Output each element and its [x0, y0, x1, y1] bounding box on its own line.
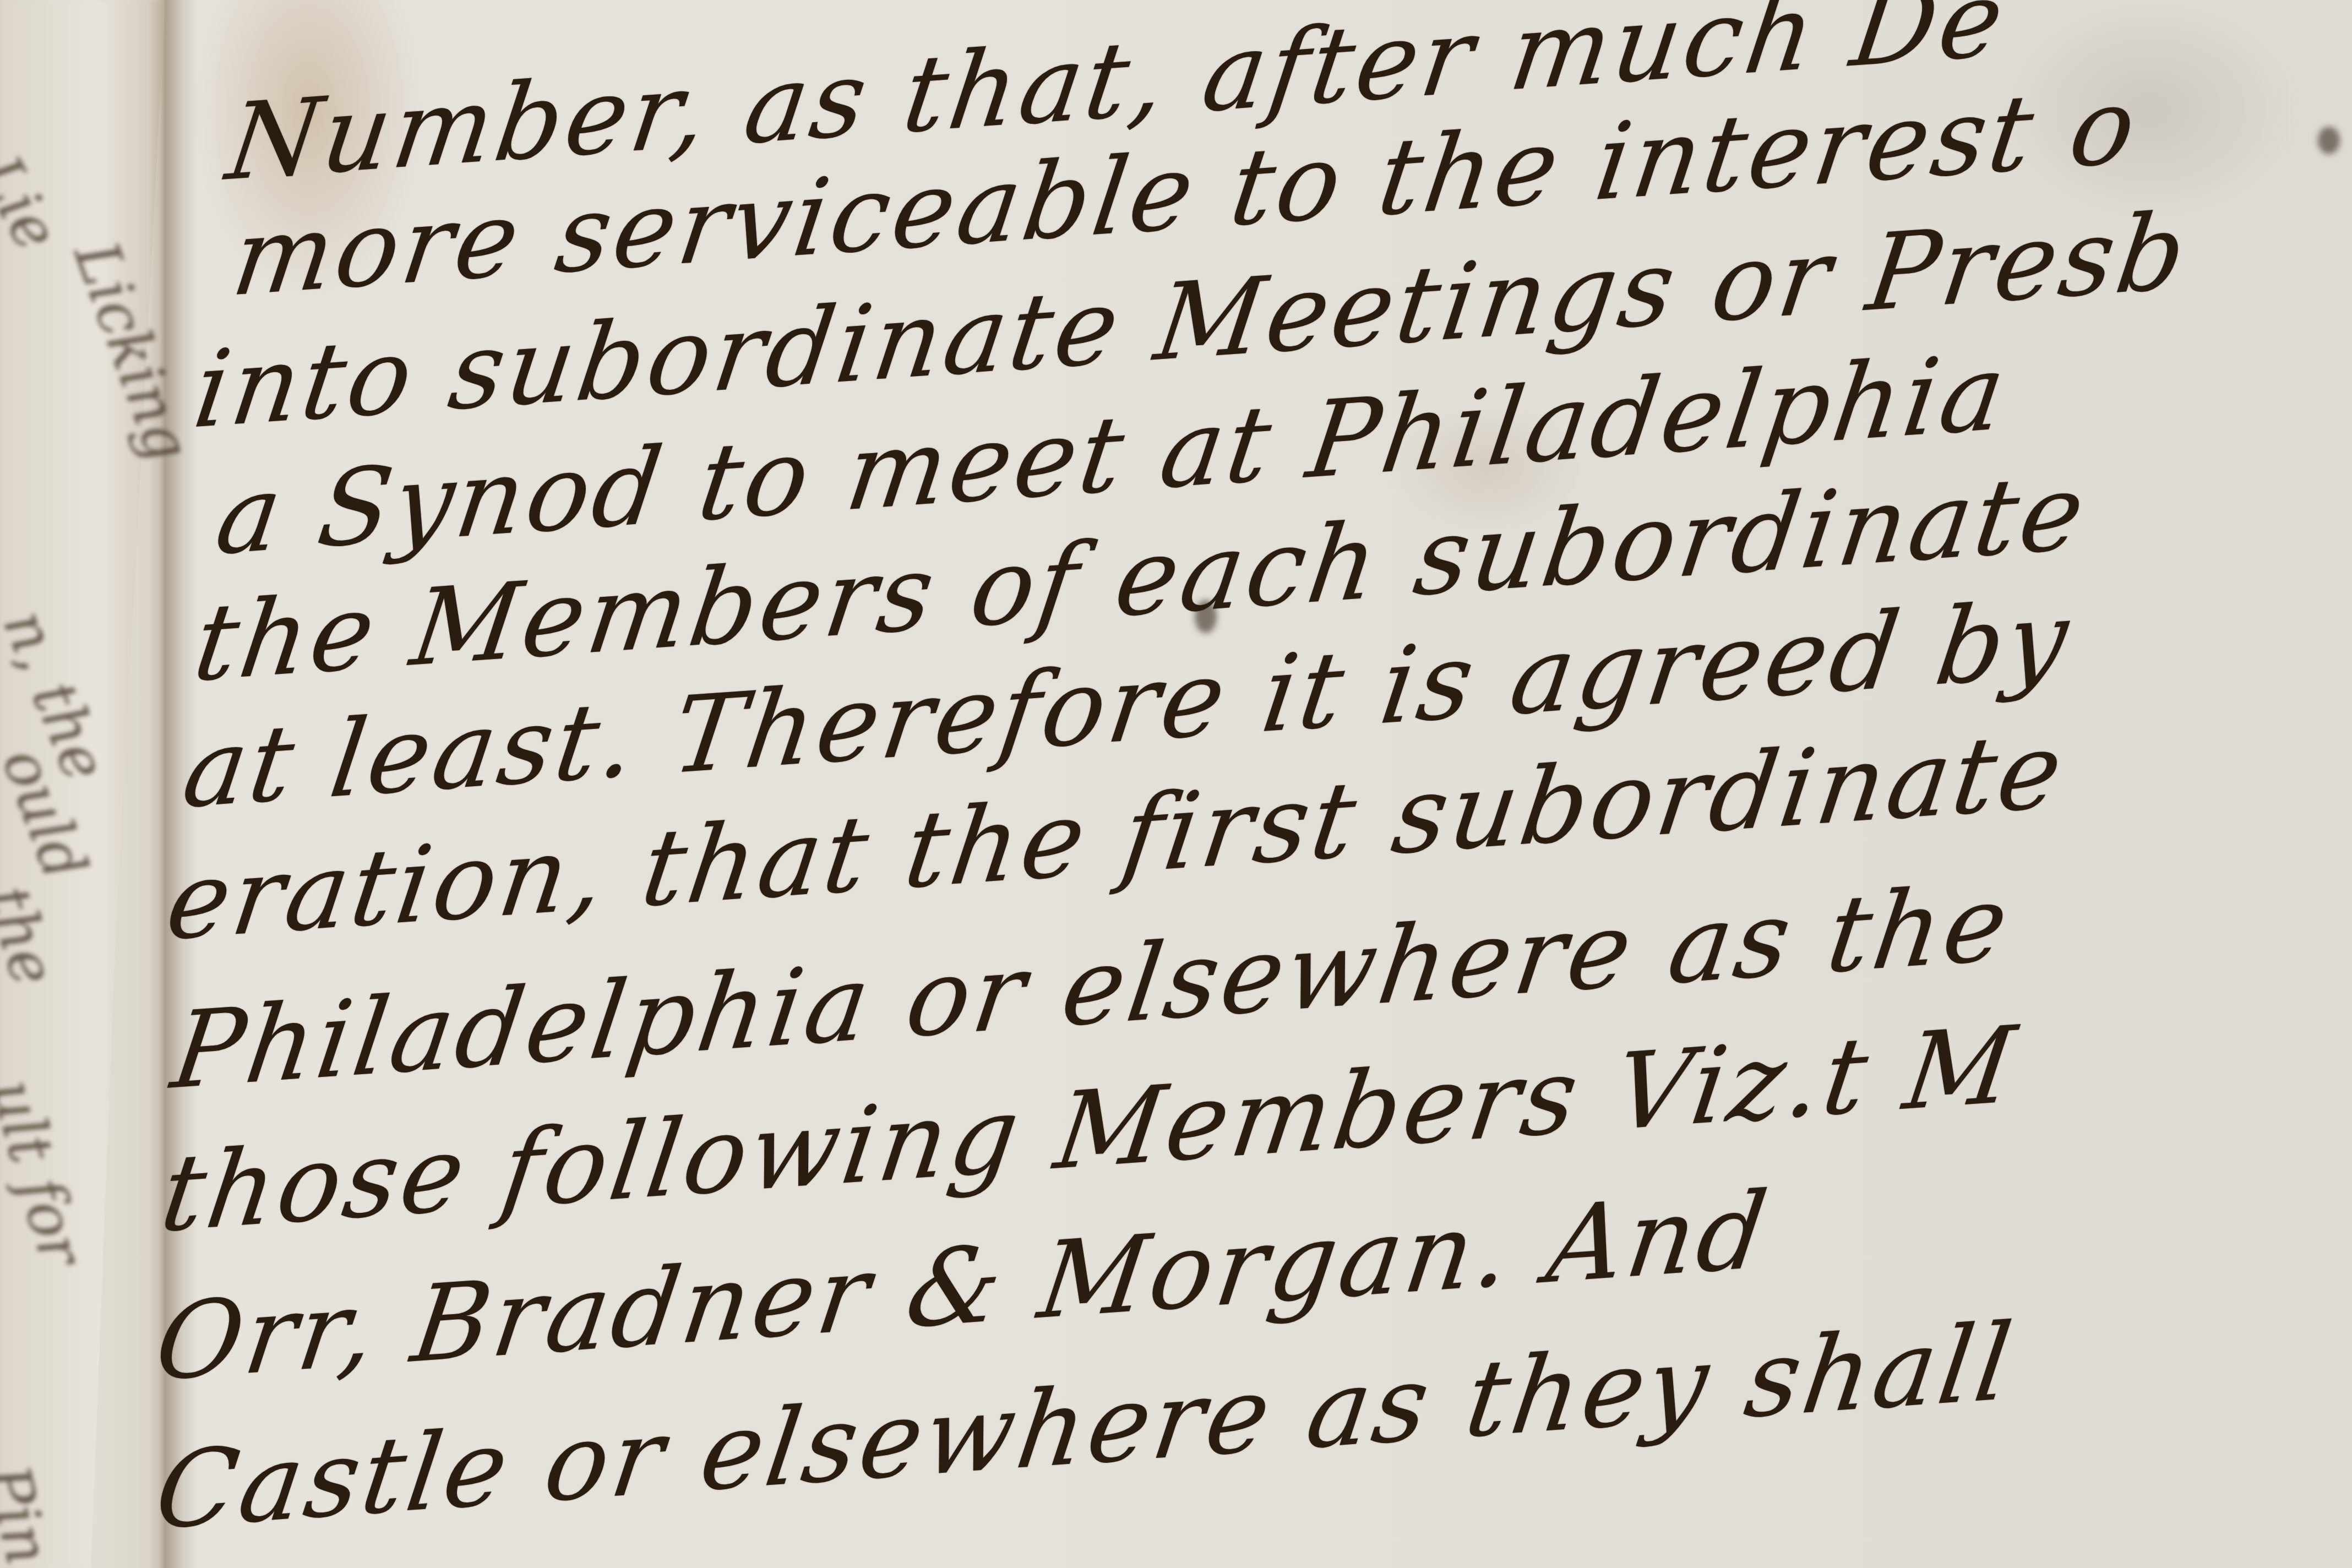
ink-blot — [1195, 600, 1217, 633]
ink-blot — [2318, 127, 2340, 154]
manuscript-page: Number, as that, after much De more serv… — [0, 0, 2352, 1568]
